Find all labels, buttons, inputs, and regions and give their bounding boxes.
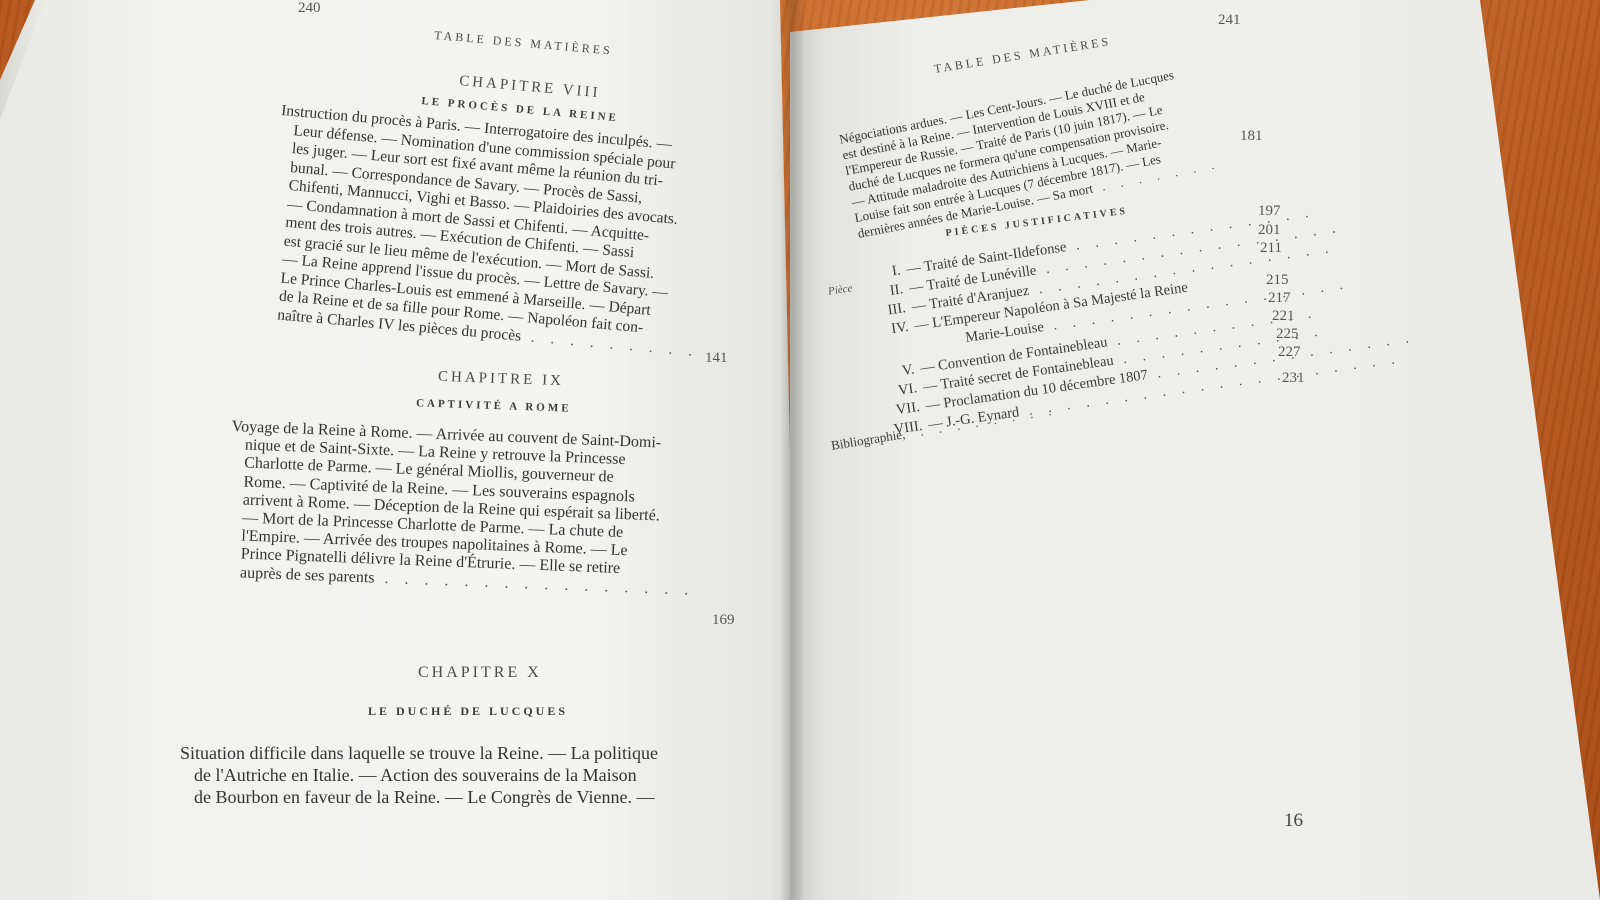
right-page-number: 241 (1218, 12, 1241, 29)
continued-summary: Négociations ardues. — Les Cent-Jours. —… (838, 62, 1221, 242)
left-page-number: 240 (298, 0, 321, 17)
summary-line: Situation difficile dans laquelle se tro… (180, 742, 700, 764)
chapter-9-subtitle: CAPTIVITÉ A ROME (416, 397, 572, 414)
right-running-head: TABLE DES MATIÈRES (933, 34, 1112, 77)
book-gutter (780, 0, 804, 900)
right-page-content: 241 TABLE DES MATIÈRES Négociations ardu… (830, 0, 1290, 480)
piece-1-page-ref: 201 (1258, 222, 1281, 239)
signature-mark: 16 (1284, 810, 1303, 832)
piece-7-page-ref: 227 (1278, 344, 1301, 361)
piece-4-page-ref: 217 (1268, 290, 1291, 307)
chapter-10-title: CHAPITRE X (418, 664, 542, 682)
piece-5-page-ref: 221 (1272, 308, 1295, 325)
left-page-content: 240 TABLE DES MATIÈRES CHAPITRE VIII LE … (230, 0, 730, 900)
piece-8-page-ref: 231 (1282, 370, 1305, 387)
piece-2-page-ref: 211 (1260, 240, 1282, 257)
chapter-10-summary: Situation difficile dans laquelle se tro… (180, 742, 700, 808)
chapter-9-title: CHAPITRE IX (438, 369, 564, 390)
chapter-9-summary: Voyage de la Reine à Rome. — Arrivée au … (226, 418, 692, 599)
piece-6-page-ref: 225 (1276, 326, 1299, 343)
piece-3-page-ref: 215 (1266, 272, 1289, 289)
chapter-8-summary: Instruction du procès à Paris. — Interro… (263, 102, 711, 361)
piece-label: Pièce (827, 282, 853, 297)
continued-page-ref: 181 (1240, 128, 1263, 145)
left-running-head: TABLE DES MATIÈRES (434, 28, 614, 59)
chapter-9-page-ref: 169 (712, 612, 735, 629)
chapter-10-subtitle: LE DUCHÉ DE LUCQUES (368, 704, 568, 719)
chapter-8-title: CHAPITRE VIII (459, 73, 602, 102)
summary-line: de l'Autriche en Italie. — Action des so… (180, 764, 700, 786)
summary-line: de Bourbon en faveur de la Reine. — Le C… (180, 786, 700, 808)
chapter-8-page-ref: 141 (705, 350, 728, 367)
